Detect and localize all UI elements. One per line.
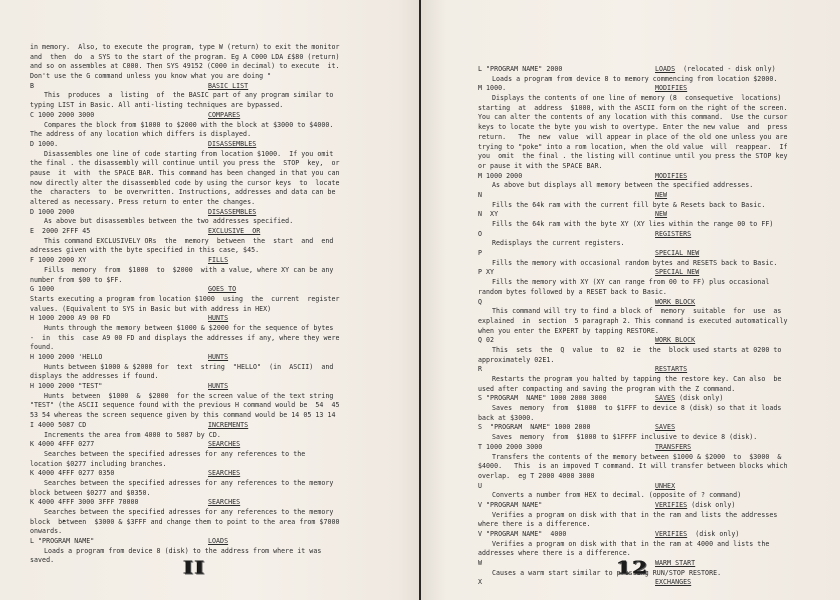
page-number-right: 12	[616, 558, 649, 579]
command-entry: BBASIC LIST	[30, 82, 340, 92]
text-line: the final . the disassembly will continu…	[30, 159, 340, 169]
command-heading: HUNTS	[208, 353, 228, 363]
left-page: in memory. Also, to execute the program,…	[0, 0, 419, 600]
description-line: Fills the memory with XY (XY can range f…	[478, 278, 788, 288]
description-line: Disassembles one line of code starting f…	[30, 150, 340, 160]
command-heading: SAVES	[655, 423, 675, 433]
text-line: typing LIST in Basic. All anti-listing t…	[30, 101, 340, 111]
text-line: explained in section 5 paragraph 2. This…	[478, 317, 788, 327]
command-syntax: Q 02	[478, 336, 494, 346]
command-entry: K 4000 4FFF 3000 3FFF 70000SEARCHES	[30, 498, 340, 508]
command-heading: FILLS	[208, 256, 228, 266]
command-syntax: K 4000 4FFF 3000 3FFF 70000	[30, 498, 139, 508]
description-line: Fills the 64k ram with the current fill …	[478, 201, 788, 211]
command-syntax: F 1000 2000 XY	[30, 256, 86, 266]
command-entry: D 1000 2000DISASSEMBLES	[30, 208, 340, 218]
description-line: As above but displays all memory between…	[478, 181, 788, 191]
description-line: This sets the Q value to 02 ie the block…	[478, 346, 788, 356]
command-syntax: L "PROGRAM NAME" 2000	[478, 65, 562, 75]
command-heading: MODIFIES	[655, 172, 687, 182]
description-line: Fills memory from $1000 to $2000 with a …	[30, 266, 340, 276]
command-heading: INCREMENTS	[208, 421, 248, 431]
text-line: where there is a difference.	[478, 520, 788, 530]
command-entry: OREGISTERS	[478, 230, 788, 240]
command-entry: L "PROGRAM NAME"LOADS	[30, 537, 340, 547]
command-entry: I 4000 5087 CDINCREMENTS	[30, 421, 340, 431]
description-line: Redisplays the current registers.	[478, 239, 788, 249]
command-entry: Q 02WORK BLOCK	[478, 336, 788, 346]
command-entry: UUNHEX	[478, 482, 788, 492]
text-line: block between $0277 and $0350.	[30, 489, 340, 499]
command-entry: S "PROGRAM NAME" 1000 2000SAVES	[478, 423, 788, 433]
command-entry: M 1000 2000MODIFIES	[478, 172, 788, 182]
text-line: onwards.	[30, 527, 340, 537]
command-heading: HUNTS	[208, 382, 228, 392]
command-entry: G 1000GOES TO	[30, 285, 340, 295]
command-syntax: S "PROGRAM NAME" 1000 2000	[478, 423, 591, 433]
command-syntax: E 2000 2FFF 45	[30, 227, 90, 237]
command-syntax: P XY	[478, 268, 494, 278]
text-line: or pause it with the SPACE BAR.	[478, 162, 788, 172]
text-line: back at $3000.	[478, 414, 788, 424]
command-syntax: D 1000 2000	[30, 208, 74, 218]
description-line: Searches between the specified adresses …	[30, 479, 340, 489]
description-line: Restarts the program you halted by tappi…	[478, 375, 788, 385]
text-line: $4000. This is an impoved T command. It …	[478, 462, 788, 472]
command-entry: K 4000 4FFF 0277 0350SEARCHES	[30, 469, 340, 479]
text-line: approximately 02E1.	[478, 356, 788, 366]
right-page-text: L "PROGRAM NAME" 2000LOADS (relocated - …	[478, 65, 788, 588]
command-syntax: R	[478, 365, 482, 375]
command-heading: VERIFIES (disk only)	[655, 530, 739, 540]
description-line: Hunts between $1000 & $2000 for text str…	[30, 363, 340, 373]
text-line: adresses given with the byte specified i…	[30, 246, 340, 256]
command-syntax: S "PROGRAM NAME" 1000 2000 3000	[478, 394, 607, 404]
text-line: in memory. Also, to execute the program,…	[30, 43, 340, 53]
command-syntax: X	[478, 578, 482, 588]
command-entry: C 1000 2000 3000COMPARES	[30, 111, 340, 121]
text-line: pause it with the SPACE BAR. This comman…	[30, 169, 340, 179]
command-syntax: P	[478, 249, 482, 259]
text-line: The address of any location which differ…	[30, 130, 340, 140]
text-line: You can alter the contents of any locati…	[478, 113, 788, 123]
command-entry: H 1000 2000 'HELLOHUNTS	[30, 353, 340, 363]
command-entry: PSPECIAL NEW	[478, 249, 788, 259]
description-line: Saves memory from $1000 to $1FFFF inclus…	[478, 433, 788, 443]
command-heading: UNHEX	[655, 482, 675, 492]
command-syntax: H 1000 2000 "TEST"	[30, 382, 102, 392]
command-heading: HUNTS	[208, 314, 228, 324]
command-syntax: N XY	[478, 210, 498, 220]
command-entry: T 1000 2000 3000TRANSFERS	[478, 443, 788, 453]
command-heading: BASIC LIST	[208, 82, 248, 92]
text-line: 53 54 whereas the screen sequence given …	[30, 411, 340, 421]
description-line: Displays the contents of one line of mem…	[478, 94, 788, 104]
command-syntax: V "PROGRAM NAME"	[478, 501, 542, 511]
command-heading: SAVES (disk only)	[655, 394, 723, 404]
text-line: "TEST" (the ASCII sequence found with th…	[30, 401, 340, 411]
command-syntax: H 1000 2000 A9 00 FD	[30, 314, 110, 324]
command-heading: GOES TO	[208, 285, 236, 295]
command-syntax: V "PROGRAM NAME" 4000	[478, 530, 566, 540]
command-entry: N XYNEW	[478, 210, 788, 220]
description-line: Compares the block from $1000 to $2000 w…	[30, 121, 340, 131]
command-syntax: K 4000 4FFF 0277 0350	[30, 469, 114, 479]
command-heading: TRANSFERS	[655, 443, 691, 453]
command-heading: SEARCHES	[208, 440, 240, 450]
description-line: Verifies a program on disk with that in …	[478, 511, 788, 521]
text-line: now directly alter the disassembled code…	[30, 179, 340, 189]
text-line: values. (Equivalent to SYS in Basic but …	[30, 305, 340, 315]
text-line: altered as necessary. Press return to en…	[30, 198, 340, 208]
description-line: Transfers the contents of the memory bet…	[478, 453, 788, 463]
command-heading: SPECIAL NEW	[655, 249, 699, 259]
description-line: Hunts between $1000 & $2000 for the scre…	[30, 392, 340, 402]
command-heading: EXCHANGES	[655, 578, 691, 588]
page-number-left: II	[183, 558, 206, 579]
command-syntax: U	[478, 482, 482, 492]
text-line: when you enter the EXPERT by tapping RES…	[478, 327, 788, 337]
command-heading: WORK BLOCK	[655, 336, 695, 346]
command-heading: COMPARES	[208, 111, 240, 121]
command-heading: WORK BLOCK	[655, 298, 695, 308]
command-syntax: T 1000 2000 3000	[478, 443, 542, 453]
command-heading: WARM START	[655, 559, 695, 569]
command-entry: L "PROGRAM NAME" 2000LOADS (relocated - …	[478, 65, 788, 75]
text-line: trying to "poke" into a rom location, wh…	[478, 143, 788, 153]
text-line: and then do a SYS to the start of the pr…	[30, 53, 340, 63]
command-note: (relocated - disk only)	[675, 65, 776, 75]
description-line: This produces a listing of the BASIC par…	[30, 91, 340, 101]
text-line: keys to locate the byte you wish to over…	[478, 123, 788, 133]
description-line: Fills the 64k ram with the byte XY (XY l…	[478, 220, 788, 230]
command-entry: QWORK BLOCK	[478, 298, 788, 308]
command-entry: RRESTARTS	[478, 365, 788, 375]
command-entry: XEXCHANGES	[478, 578, 788, 588]
command-heading: MODIFIES	[655, 84, 687, 94]
command-heading: VERIFIES (disk only)	[655, 501, 735, 511]
text-line: location $0277 including branches.	[30, 460, 340, 470]
description-line: This command will try to find a block of…	[478, 307, 788, 317]
command-syntax: K 4000 4FFF 0277	[30, 440, 94, 450]
left-page-text: in memory. Also, to execute the program,…	[30, 43, 340, 566]
command-heading: SEARCHES	[208, 469, 240, 479]
command-syntax: W	[478, 559, 482, 569]
command-syntax: C 1000 2000 3000	[30, 111, 94, 121]
command-heading: SEARCHES	[208, 498, 240, 508]
command-heading: SPECIAL NEW	[655, 268, 699, 278]
description-line: Saves memory from $1000 to $1FFF to devi…	[478, 404, 788, 414]
text-line: and so on assembles at C000. Then SYS 49…	[30, 62, 340, 72]
text-line: Don't use the G command unless you know …	[30, 72, 340, 82]
text-line: the characters to be overwritten. Instru…	[30, 188, 340, 198]
text-line: found.	[30, 343, 340, 353]
command-note: (disk only)	[687, 530, 739, 540]
text-line: random bytes followed by a RESET back to…	[478, 288, 788, 298]
text-line: starting at address $1000, with the ASCI…	[478, 104, 788, 114]
command-heading: DISASSEMBLES	[208, 208, 256, 218]
command-syntax: B	[30, 82, 34, 92]
command-syntax: G 1000	[30, 285, 54, 295]
command-entry: V "PROGRAM NAME" 4000VERIFIES (disk only…	[478, 530, 788, 540]
command-heading: LOADS (relocated - disk only)	[655, 65, 776, 75]
command-heading: EXCLUSIVE OR	[208, 227, 260, 237]
command-entry: E 2000 2FFF 45EXCLUSIVE OR	[30, 227, 340, 237]
text-line: - in this case A9 00 FD and displays the…	[30, 334, 340, 344]
command-heading: LOADS	[208, 537, 228, 547]
command-syntax: L "PROGRAM NAME"	[30, 537, 94, 547]
command-syntax: H 1000 2000 'HELLO	[30, 353, 102, 363]
text-line: you omit the final . the listing will co…	[478, 152, 788, 162]
command-entry: S "PROGRAM NAME" 1000 2000 3000SAVES (di…	[478, 394, 788, 404]
command-syntax: Q	[478, 298, 482, 308]
command-heading: NEW	[655, 191, 667, 201]
command-entry: NNEW	[478, 191, 788, 201]
text-line: displays the addresses if found.	[30, 372, 340, 382]
text-line: used after compacting and saving the pro…	[478, 385, 788, 395]
right-page: L "PROGRAM NAME" 2000LOADS (relocated - …	[421, 0, 840, 600]
description-line: Searches between the specified adresses …	[30, 450, 340, 460]
text-line: Starts executing a program from location…	[30, 295, 340, 305]
command-heading: RESTARTS	[655, 365, 687, 375]
command-entry: P XYSPECIAL NEW	[478, 268, 788, 278]
command-heading: NEW	[655, 210, 667, 220]
text-line: return. The new value will appear in pla…	[478, 133, 788, 143]
stray-mark: •	[62, 518, 66, 525]
command-entry: D 1000.DISASSEMBLES	[30, 140, 340, 150]
text-line: block between $3000 & $3FFF and change t…	[30, 518, 340, 528]
description-line: Increments the area from 4000 to 5087 by…	[30, 431, 340, 441]
text-line: number from $00 to $FF.	[30, 276, 340, 286]
description-line: Fills the memory with occasional random …	[478, 259, 788, 269]
command-entry: K 4000 4FFF 0277SEARCHES	[30, 440, 340, 450]
description-line: Loads a program from device 8 to memory …	[478, 75, 788, 85]
command-heading: DISASSEMBLES	[208, 140, 256, 150]
description-line: Verifies a program on disk with that in …	[478, 540, 788, 550]
command-entry: M 1000.MODIFIES	[478, 84, 788, 94]
command-entry: H 1000 2000 "TEST"HUNTS	[30, 382, 340, 392]
command-entry: V "PROGRAM NAME"VERIFIES (disk only)	[478, 501, 788, 511]
command-entry: F 1000 2000 XYFILLS	[30, 256, 340, 266]
description-line: Converts a number from HEX to decimal. (…	[478, 491, 788, 501]
description-line: As above but disassembles between the tw…	[30, 217, 340, 227]
description-line: Searches between the specified adresses …	[30, 508, 340, 518]
description-line: Hunts through the memory between $1000 &…	[30, 324, 340, 334]
command-syntax: I 4000 5087 CD	[30, 421, 86, 431]
command-syntax: N	[478, 191, 482, 201]
text-line: overlap. eg T 2000 4000 3000	[478, 472, 788, 482]
command-note: (disk only)	[675, 394, 723, 404]
command-syntax: M 1000 2000	[478, 172, 522, 182]
description-line: Loads a program from device 8 (disk) to …	[30, 547, 340, 557]
command-note: (disk only)	[687, 501, 735, 511]
command-entry: H 1000 2000 A9 00 FDHUNTS	[30, 314, 340, 324]
command-heading: REGISTERS	[655, 230, 691, 240]
command-syntax: M 1000.	[478, 84, 506, 94]
command-syntax: D 1000.	[30, 140, 58, 150]
description-line: This command EXCLUSIVELY ORs the memory …	[30, 237, 340, 247]
command-syntax: O	[478, 230, 482, 240]
